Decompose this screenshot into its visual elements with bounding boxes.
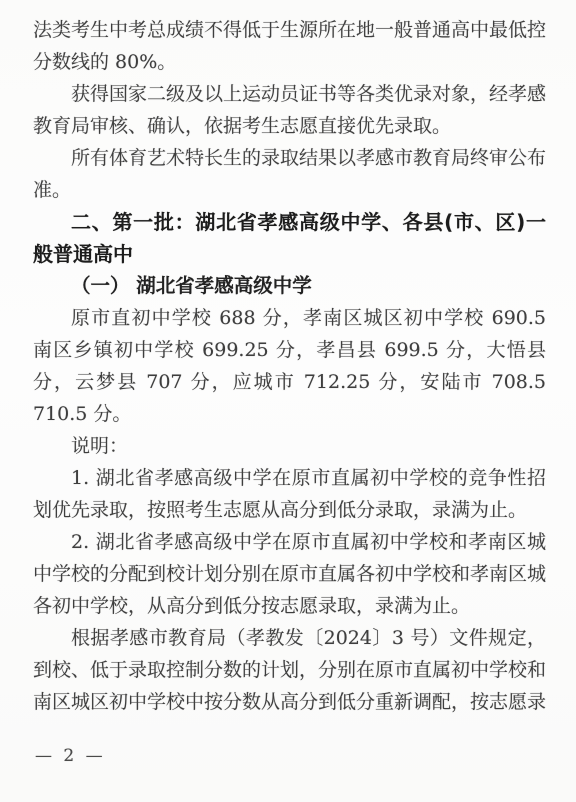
section-heading-line: 般普通高中 <box>33 238 546 270</box>
text-line: 中学校的分配到校计划分别在原市直属各初中学校和孝南区城区 <box>33 558 546 590</box>
text-line: 分数线的 80%。 <box>33 46 546 78</box>
text-line: 所有体育艺术特长生的录取结果以孝感市教育局终审公布为 <box>33 142 546 174</box>
text-line: 说明： <box>33 430 546 462</box>
text-line: 获得国家二级及以上运动员证书等各类优录对象，经孝感市 <box>33 78 546 110</box>
text-line: 1. 湖北省孝感高级中学在原市直属初中学校的竞争性招生计 <box>33 462 546 494</box>
text-line: 法类考生中考总成绩不得低于生源所在地一般普通高中最低控制 <box>33 14 546 46</box>
text-line: 准。 <box>33 174 546 206</box>
text-line: 划优先录取，按照考生志愿从高分到低分录取，录满为止。 <box>33 494 546 526</box>
document-body: 法类考生中考总成绩不得低于生源所在地一般普通高中最低控制 分数线的 80%。 获… <box>0 0 576 718</box>
text-line: 教育局审核、确认，依据考生志愿直接优先录取。 <box>33 110 546 142</box>
document-page: 法类考生中考总成绩不得低于生源所在地一般普通高中最低控制 分数线的 80%。 获… <box>0 0 576 802</box>
section-heading-line: 二、第一批：湖北省孝感高级中学、各县(市、区)一中及一 <box>33 206 546 238</box>
text-line: 到校、低于录取控制分数的计划，分别在原市直属初中学校和孝 <box>33 654 546 686</box>
text-line: 根据孝感市教育局（孝教发〔2024〕3 号）文件规定，原分配 <box>33 622 546 654</box>
subsection-heading: （一） 湖北省孝感高级中学 <box>33 270 546 302</box>
text-line: 南区乡镇初中学校 699.25 分，孝昌县 699.5 分，大悟县 705.25 <box>33 334 546 366</box>
page-number: — 2 — <box>35 746 106 766</box>
text-line: 2. 湖北省孝感高级中学在原市直属初中学校和孝南区城区初 <box>33 526 546 558</box>
text-line: 分，云梦县 707 分，应城市 712.25 分，安陆市 708.5 分，汉川市 <box>33 366 546 398</box>
text-line: 710.5 分。 <box>33 398 546 430</box>
text-line: 各初中学校，从高分到低分按志愿录取，录满为止。 <box>33 590 546 622</box>
text-line: 南区城区初中学校中按分数从高分到低分重新调配，按志愿录取， <box>33 686 546 718</box>
text-line: 原市直初中学校 688 分，孝南区城区初中学校 690.5 分，孝 <box>33 302 546 334</box>
